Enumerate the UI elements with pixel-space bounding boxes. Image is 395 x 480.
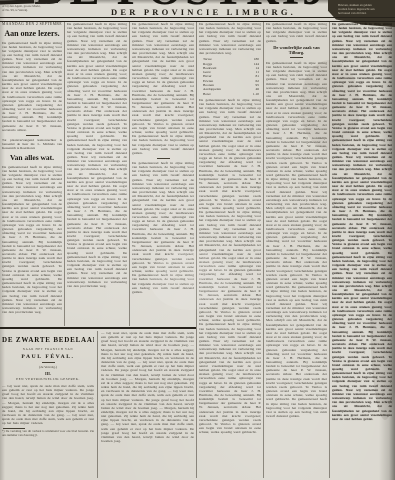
column-3: De gemeenteraad heeft in zijne zitting v… bbox=[132, 22, 194, 326]
article-text: De gemeenteraad heeft in zijne zitting v… bbox=[199, 22, 261, 55]
article-text: De gemeenteraad heeft in zijne zitting v… bbox=[266, 61, 327, 418]
footnote-text: *) De vertaling van dit verhaal is uitsl… bbox=[2, 430, 94, 438]
feuilleton-rule bbox=[0, 327, 196, 329]
heading-underline bbox=[290, 57, 303, 58]
feuilleton-author: PAUL FÉVAL. bbox=[2, 354, 94, 360]
imprint-right: Brieven, stukken en gelden worden franco… bbox=[338, 4, 392, 16]
feuilleton-chapter-number: III. bbox=[2, 371, 94, 376]
article-text: De gemeenteraad heeft in zijne zitting v… bbox=[2, 41, 62, 132]
column-rule bbox=[329, 22, 330, 478]
feuilleton-text-column: — Gij weet niet, sprak de oude man met d… bbox=[101, 331, 194, 478]
article-text: De gemeenteraad heeft in zijne zitting v… bbox=[132, 161, 194, 294]
article-heading: De wonderlijke zaak van Tilburg. bbox=[266, 45, 327, 55]
feuilleton-title: DE ZWARTE BEDELAAR * bbox=[2, 336, 94, 344]
column-5: De gemeenteraad heeft in zijne zitting v… bbox=[266, 22, 327, 478]
article-heading: Aan onze lezers. bbox=[2, 29, 62, 38]
column-rule bbox=[64, 22, 65, 326]
column-rule bbox=[196, 22, 197, 478]
imprint-line: het bureel van dit blad. bbox=[338, 12, 392, 16]
feuilleton-chapter-title: EEN VERTROUWELIJK GESPREK. bbox=[2, 377, 94, 381]
column-2: De gemeenteraad heeft in zijne zitting v… bbox=[67, 22, 127, 326]
feuilleton-byline: NAAR HET FRANSCH VAN bbox=[2, 347, 94, 351]
feuilleton-header-column: DE ZWARTE BEDELAAR * NAAR HET FRANSCH VA… bbox=[2, 331, 94, 478]
article-text: De gemeenteraad heeft in zijne zitting v… bbox=[332, 22, 392, 421]
article-text: De gemeenteraad heeft in zijne zitting v… bbox=[67, 22, 127, 288]
column-1: MAANDAG DEN 2 SEPTEMBER. Aan onze lezers… bbox=[2, 22, 62, 326]
newspaper-subtitle: DER PROVINCIE LIMBURG. bbox=[70, 7, 337, 17]
figures-table: Tarwe180Rogge144Boekweit14Gerst11Haver81… bbox=[203, 57, 259, 96]
feuilleton-text: — Gij weet niet, sprak de oude man met d… bbox=[2, 384, 94, 426]
article-text: De gemeenteraad heeft in zijne zitting v… bbox=[266, 22, 327, 43]
newspaper-page: DE POSTRIJDER Aankondigingen franco aan … bbox=[0, 0, 395, 480]
column-rule bbox=[97, 331, 98, 478]
article-heading: Van alles wat. bbox=[2, 153, 62, 162]
column-6: De gemeenteraad heeft in zijne zitting v… bbox=[332, 22, 392, 478]
dateline: MAANDAG DEN 2 SEPTEMBER. bbox=[2, 22, 62, 26]
column-rule bbox=[129, 22, 130, 326]
feuilleton-divider bbox=[42, 362, 55, 363]
feuilleton-text: — Gij weet niet, sprak de oude man met d… bbox=[101, 331, 194, 443]
article-text: De gemeenteraad heeft in zijne zitting v… bbox=[2, 165, 62, 315]
column-4: De gemeenteraad heeft in zijne zitting v… bbox=[199, 22, 261, 478]
imprint-line: of No. 99, te Venraij. bbox=[2, 9, 78, 13]
column-rule bbox=[263, 22, 264, 478]
feuilleton-continuation: (2e Vervolg.) bbox=[2, 365, 94, 369]
short-notice: Tot plaatsvervangend kantonrechter is be… bbox=[2, 138, 62, 150]
article-text: De gemeenteraad heeft in zijne zitting v… bbox=[132, 22, 194, 155]
paragraph-separator bbox=[26, 135, 39, 136]
article-text: De gemeenteraad heeft in zijne zitting v… bbox=[199, 98, 261, 435]
paragraph-separator bbox=[157, 158, 170, 159]
figures-row: Boter1.10 bbox=[203, 92, 259, 96]
torn-edge-mark bbox=[40, 0, 58, 3]
